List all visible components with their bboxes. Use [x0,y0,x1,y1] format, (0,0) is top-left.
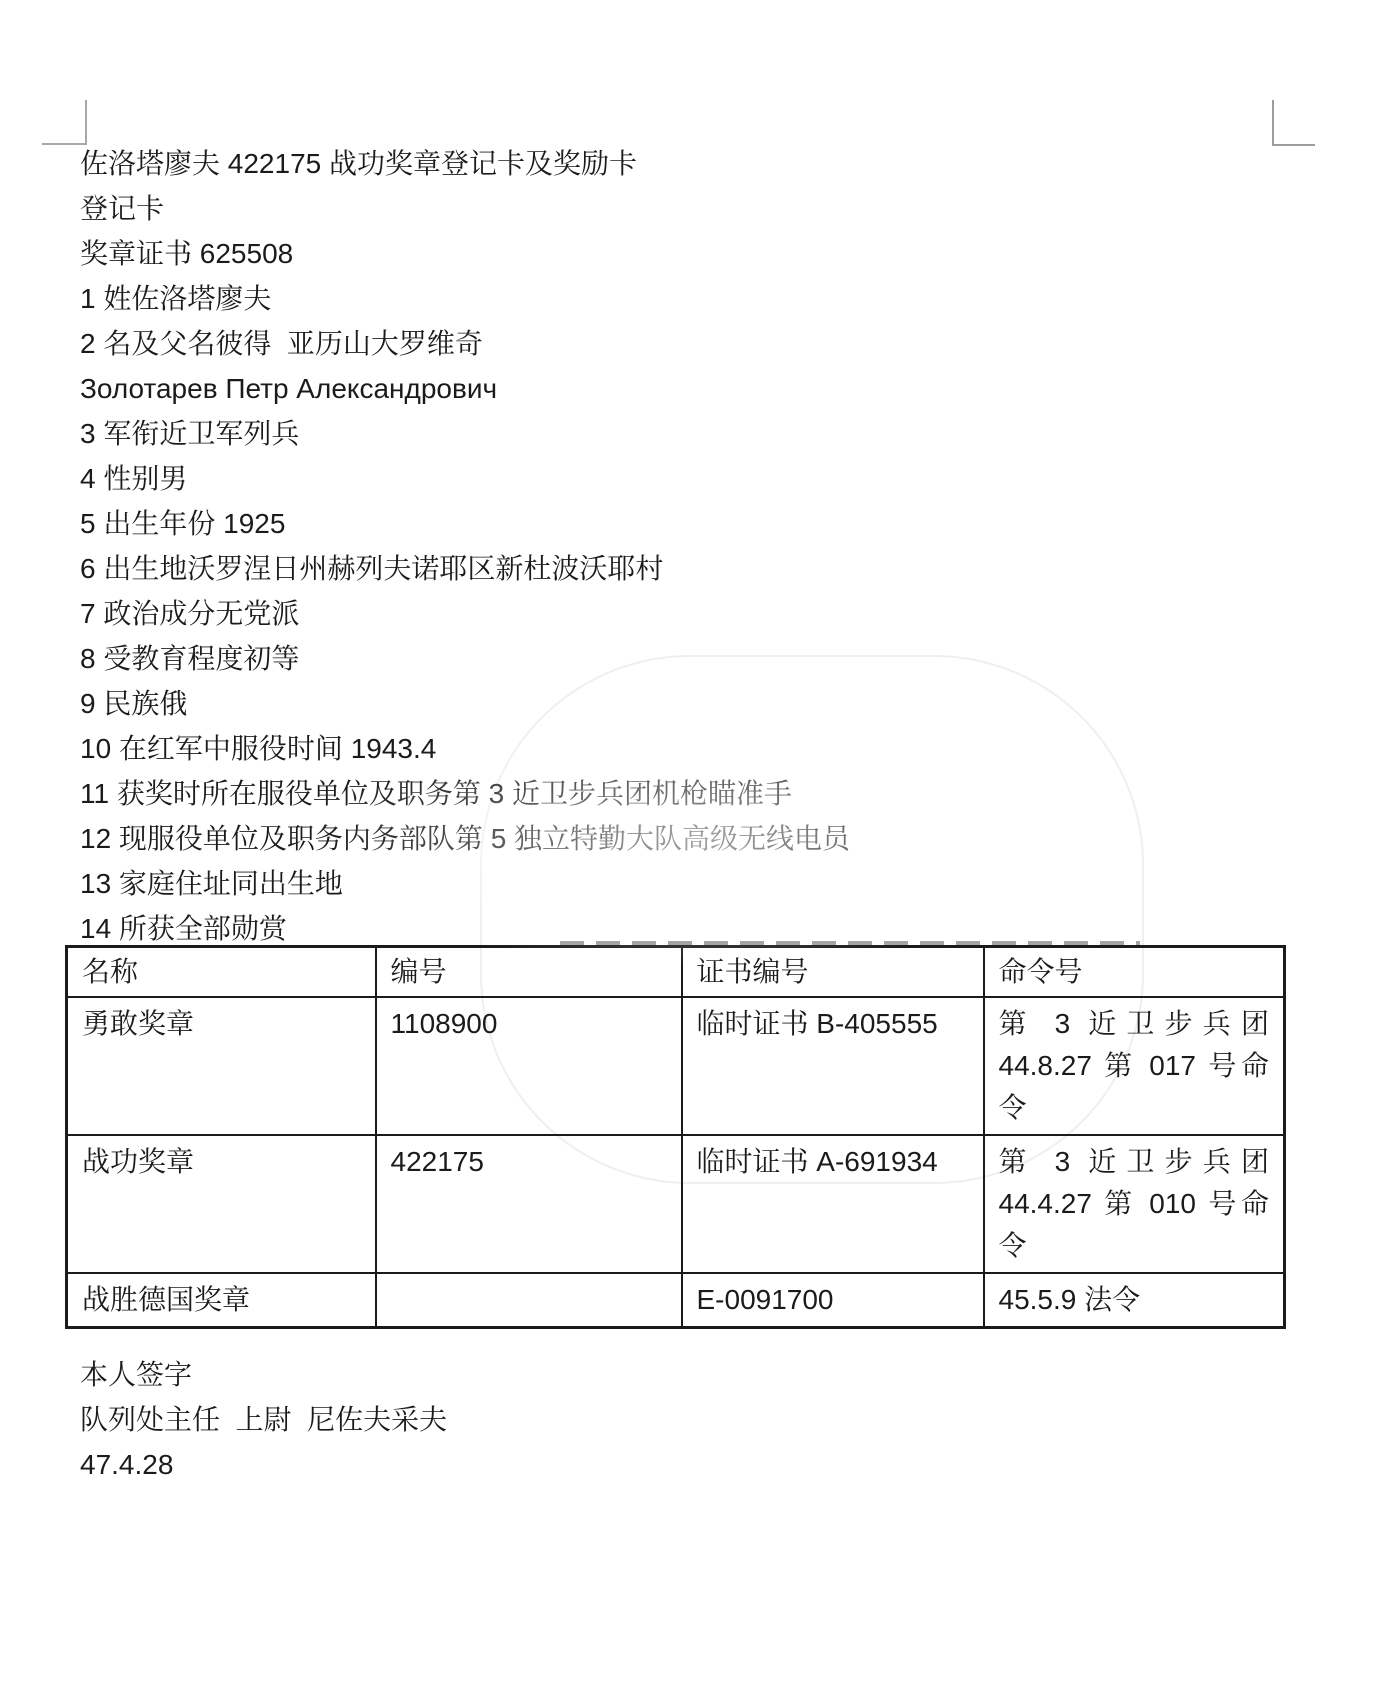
signature-line-self: 本人签字 [80,1352,447,1397]
table-header-row: 名称 编号 证书编号 命令号 [67,947,1285,998]
doc-line-birth-year: 5 出生年份 1925 [80,501,850,546]
table-row: 战功奖章 422175 临时证书 A-691934 第 3 近卫步兵团 44.4… [67,1135,1285,1273]
doc-line-ethnicity: 9 民族俄 [80,681,850,726]
cell-number: 422175 [376,1135,682,1273]
signature-line-date: 47.4.28 [80,1442,447,1487]
column-header-order-number: 命令号 [984,947,1285,998]
doc-line-service-since: 10 在红军中服役时间 1943.4 [80,726,850,771]
doc-line-gender: 4 性别男 [80,456,850,501]
cell-number [376,1273,682,1328]
table-row: 勇敢奖章 1108900 临时证书 B-405555 第 3 近卫步兵团 44.… [67,997,1285,1135]
column-header-name: 名称 [67,947,376,998]
table-row: 战胜德国奖章 E-0091700 45.5.9 法令 [67,1273,1285,1328]
cell-cert-number: E-0091700 [682,1273,984,1328]
crop-mark-top-right [1272,100,1315,146]
cell-cert-number: 临时证书 B-405555 [682,997,984,1135]
doc-line-education: 8 受教育程度初等 [80,636,850,681]
cell-number: 1108900 [376,997,682,1135]
doc-line-birthplace: 6 出生地沃罗涅日州赫列夫诺耶区新杜波沃耶村 [80,546,850,591]
doc-line-card: 登记卡 [80,186,850,231]
doc-line-cyrillic-name: Золотарев Петр Александрович [80,366,850,411]
cell-order-number: 45.5.9 法令 [984,1273,1285,1328]
cell-cert-number: 临时证书 A-691934 [682,1135,984,1273]
doc-line-certificate: 奖章证书 625508 [80,231,850,276]
cell-order-number: 第 3 近卫步兵团 44.4.27 第 010 号命 令 [984,1135,1285,1273]
column-header-number: 编号 [376,947,682,998]
watermark-dashes [560,941,1140,945]
doc-line-party: 7 政治成分无党派 [80,591,850,636]
doc-line-current-unit: 12 现服役单位及职务内务部队第 5 独立特勤大队高级无线电员 [80,816,850,861]
doc-title: 佐洛塔廖夫 422175 战功奖章登记卡及奖励卡 [80,141,850,186]
crop-mark-top-left [42,100,87,145]
page: { "document": { "lines": [ "佐洛塔廖夫 422175… [0,0,1400,1681]
cell-award-name: 战胜德国奖章 [67,1273,376,1328]
doc-line-surname: 1 姓佐洛塔廖夫 [80,276,850,321]
doc-line-name: 2 名及父名彼得 亚历山大罗维奇 [80,321,850,366]
awards-table: 名称 编号 证书编号 命令号 勇敢奖章 1108900 临时证书 B-40555… [65,945,1286,1329]
doc-line-rank: 3 军衔近卫军列兵 [80,411,850,456]
cell-order-number: 第 3 近卫步兵团 44.8.27 第 017 号命 令 [984,997,1285,1135]
doc-line-unit-at-award: 11 获奖时所在服役单位及职务第 3 近卫步兵团机枪瞄准手 [80,771,850,816]
cell-award-name: 勇敢奖章 [67,997,376,1135]
signature-line-officer: 队列处主任 上尉 尼佐夫采夫 [80,1397,447,1442]
signature-block: 本人签字 队列处主任 上尉 尼佐夫采夫 47.4.28 [80,1352,447,1487]
doc-line-home-address: 13 家庭住址同出生地 [80,861,850,906]
cell-award-name: 战功奖章 [67,1135,376,1273]
column-header-cert-number: 证书编号 [682,947,984,998]
document-body: 佐洛塔廖夫 422175 战功奖章登记卡及奖励卡 登记卡 奖章证书 625508… [80,141,850,951]
